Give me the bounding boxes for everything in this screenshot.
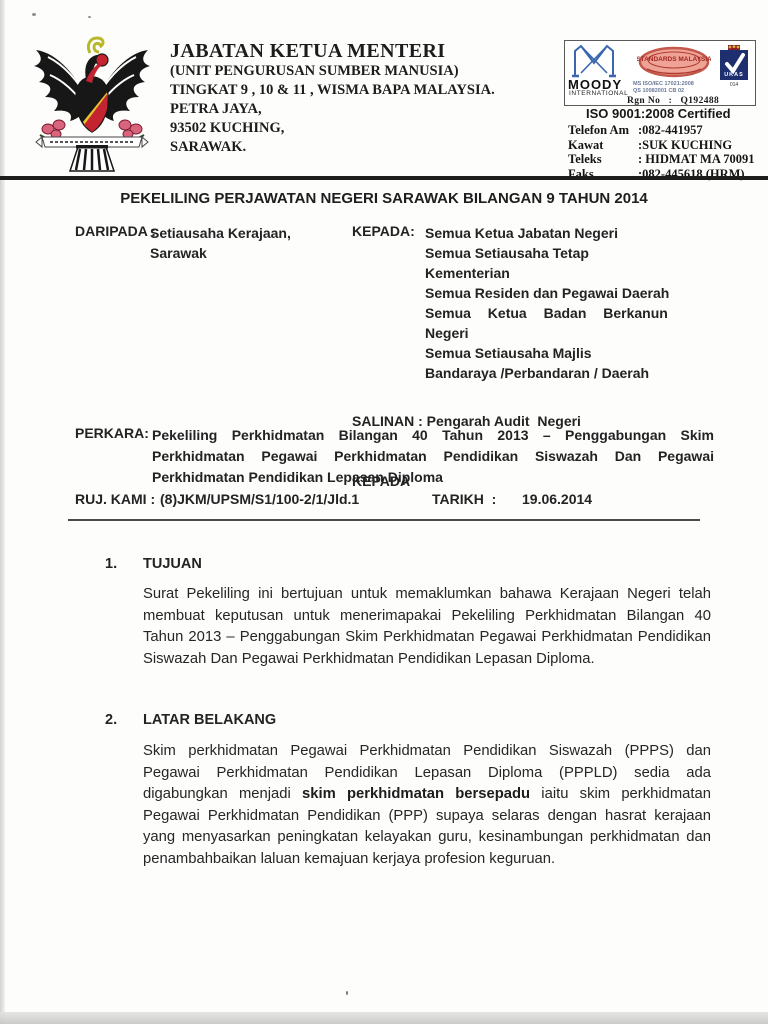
contact-row: Telefon Am :082-441957 [568, 123, 755, 138]
ukas-accreditation-icon: UKAS 014 [717, 45, 751, 89]
section-1-heading: TUJUAN [143, 556, 202, 572]
sarawak-crest-icon [28, 33, 158, 173]
body-divider [68, 519, 700, 521]
daripada-value: Setiausaha Kerajaan, Sarawak [150, 223, 291, 263]
moody-international-icon [571, 43, 617, 79]
svg-text:014: 014 [730, 82, 739, 88]
tarikh-label: TARIKH : [432, 491, 496, 507]
kepada-label: KEPADA: [352, 223, 415, 239]
cert-scheme-text: MS ISO/IEC 17021:2008 QS 10082001 CB 02 [633, 81, 694, 95]
contact-value: : HIDMAT MA 70091 [638, 152, 755, 167]
svg-text:STANDARDS MALAYSIA: STANDARDS MALAYSIA [637, 56, 711, 63]
address-line: PETRA JAYA, [170, 100, 495, 119]
contact-label: Kawat [568, 138, 638, 153]
section-1-paragraph: Surat Pekeliling ini bertujuan untuk mem… [143, 584, 711, 670]
standards-malaysia-icon: STANDARDS MALAYSIA [637, 45, 711, 79]
ruj-kami-label: RUJ. KAMI : [75, 491, 155, 507]
recipient-line: Negeri [425, 323, 725, 343]
scan-speck [32, 13, 36, 16]
recipient-line: Semua Setiausaha Majlis [425, 343, 725, 363]
daripada-label: DARIPADA : [75, 223, 156, 239]
ruj-kami-value: (8)JKM/UPSM/S1/100-2/1/Jld.1 [160, 491, 359, 507]
perkara-label: PERKARA: [75, 425, 149, 441]
department-name: JABATAN KETUA MENTERI [170, 40, 495, 62]
recipient-line: Semua Ketua Jabatan Negeri [425, 223, 725, 243]
address-line: SARAWAK. [170, 138, 495, 157]
section-2-paragraph: Skim perkhidmatan Pegawai Perkhidmatan P… [143, 741, 711, 870]
kepada-recipient-list: Semua Ketua Jabatan Negeri Semua Setiaus… [425, 223, 725, 383]
address-line: TINGKAT 9 , 10 & 11 , WISMA BAPA MALAYSI… [170, 81, 495, 100]
section-2-heading: LATAR BELAKANG [143, 712, 276, 728]
section-2-number: 2. [105, 712, 117, 728]
unit-name: (UNIT PENGURUSAN SUMBER MANUSIA) [170, 62, 495, 81]
svg-text:UKAS: UKAS [724, 72, 744, 78]
certification-logo-box: MOODY INTERNATIONAL MS ISO/IEC 17021:200… [564, 40, 756, 106]
perkara-text: Pekeliling Perkhidmatan Bilangan 40 Tahu… [152, 425, 714, 488]
document-title: PEKELILING PERJAWATAN NEGERI SARAWAK BIL… [0, 190, 768, 207]
scan-edge-left [0, 0, 5, 1024]
contact-row: Kawat :SUK KUCHING [568, 138, 755, 153]
contact-label: Telefon Am [568, 123, 638, 138]
recipient-line: Semua Setiausaha Tetap [425, 243, 725, 263]
contact-value: :082-441957 [638, 123, 703, 138]
contact-row: Teleks : HIDMAT MA 70091 [568, 152, 755, 167]
contact-block: Telefon Am :082-441957 Kawat :SUK KUCHIN… [568, 123, 755, 181]
bold-phrase: skim perkhidmatan bersepadu [302, 786, 530, 802]
scan-speck [346, 991, 348, 995]
scanned-letter-page: JABATAN KETUA MENTERI (UNIT PENGURUSAN S… [0, 0, 768, 1024]
scan-speck [88, 16, 91, 18]
recipient-line: Semua Ketua Badan Berkanun [425, 303, 725, 323]
recipient-line: Kementerian [425, 263, 725, 283]
moody-subtitle: INTERNATIONAL [569, 90, 628, 97]
contact-label: Teleks [568, 152, 638, 167]
iso-certified-text: ISO 9001:2008 Certified [586, 106, 731, 121]
address-line: 93502 KUCHING, [170, 119, 495, 138]
letterhead: JABATAN KETUA MENTERI (UNIT PENGURUSAN S… [170, 40, 495, 157]
section-1-number: 1. [105, 556, 117, 572]
header-divider [0, 176, 768, 180]
contact-value: :SUK KUCHING [638, 138, 732, 153]
scan-edge-bottom [0, 1012, 768, 1024]
recipient-line: Semua Residen dan Pegawai Daerah [425, 283, 725, 303]
registration-number: Rgn No : Q192488 [627, 96, 719, 106]
tarikh-value: 19.06.2014 [522, 491, 592, 507]
